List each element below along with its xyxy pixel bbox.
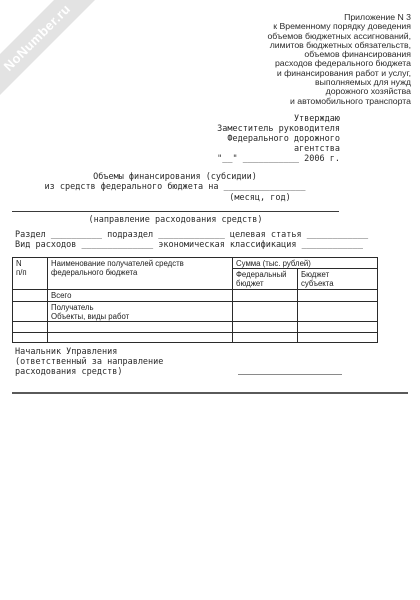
header-cell-sum: Сумма (тыс. рублей)	[233, 258, 378, 269]
cell-name: Получатель Объекты, виды работ	[48, 302, 233, 322]
classification-line-expense: Вид расходов ______________ экономическа…	[15, 240, 363, 250]
cell-fed	[233, 333, 298, 343]
page-bottom-rule	[12, 392, 408, 394]
approval-block: Утверждаю Заместитель руководителя Федер…	[217, 114, 340, 164]
watermark-text: NoNumber.ru	[1, 1, 74, 74]
table-row-empty	[13, 333, 378, 343]
table-row-receiver: Получатель Объекты, виды работ	[13, 302, 378, 322]
signatory-title-block: Начальник Управления (ответственный за н…	[15, 347, 163, 377]
cell-name: Всего	[48, 290, 233, 302]
document-title-line1: Объемы финансирования (субсидии)	[12, 172, 338, 182]
period-caption: (месяц, год)	[155, 193, 365, 203]
direction-blank-line	[12, 211, 339, 212]
cell-num	[13, 322, 48, 333]
header-cell-federal-budget: Федеральный бюджет	[233, 269, 298, 290]
cell-name	[48, 322, 233, 333]
cell-name	[48, 333, 233, 343]
cell-sub	[298, 302, 378, 322]
header-cell-name: Наименование получателей средств федерал…	[48, 258, 233, 290]
cell-fed	[233, 290, 298, 302]
cell-num	[13, 302, 48, 322]
cell-sub	[298, 322, 378, 333]
direction-caption: (направление расходования средств)	[12, 215, 339, 225]
header-cell-num: N п/п	[13, 258, 48, 290]
appendix-header-note: Приложение N 3 к Временному порядку дове…	[267, 13, 411, 106]
table-row-empty	[13, 322, 378, 333]
document-title-line2: из средств федерального бюджета на _____…	[12, 182, 338, 192]
cell-num	[13, 290, 48, 302]
header-cell-subject-budget: Бюджет субъекта	[298, 269, 378, 290]
cell-sub	[298, 333, 378, 343]
cell-sub	[298, 290, 378, 302]
table-header-row-1: N п/п Наименование получателей средств ф…	[13, 258, 378, 269]
classification-line-section: Раздел __________ подраздел ____________…	[15, 230, 368, 240]
watermark-ribbon: NoNumber.ru	[0, 0, 107, 108]
table-row-total: Всего	[13, 290, 378, 302]
financing-table: N п/п Наименование получателей средств ф…	[12, 257, 378, 343]
signature-blank-line	[238, 368, 342, 375]
cell-fed	[233, 302, 298, 322]
cell-fed	[233, 322, 298, 333]
cell-num	[13, 333, 48, 343]
